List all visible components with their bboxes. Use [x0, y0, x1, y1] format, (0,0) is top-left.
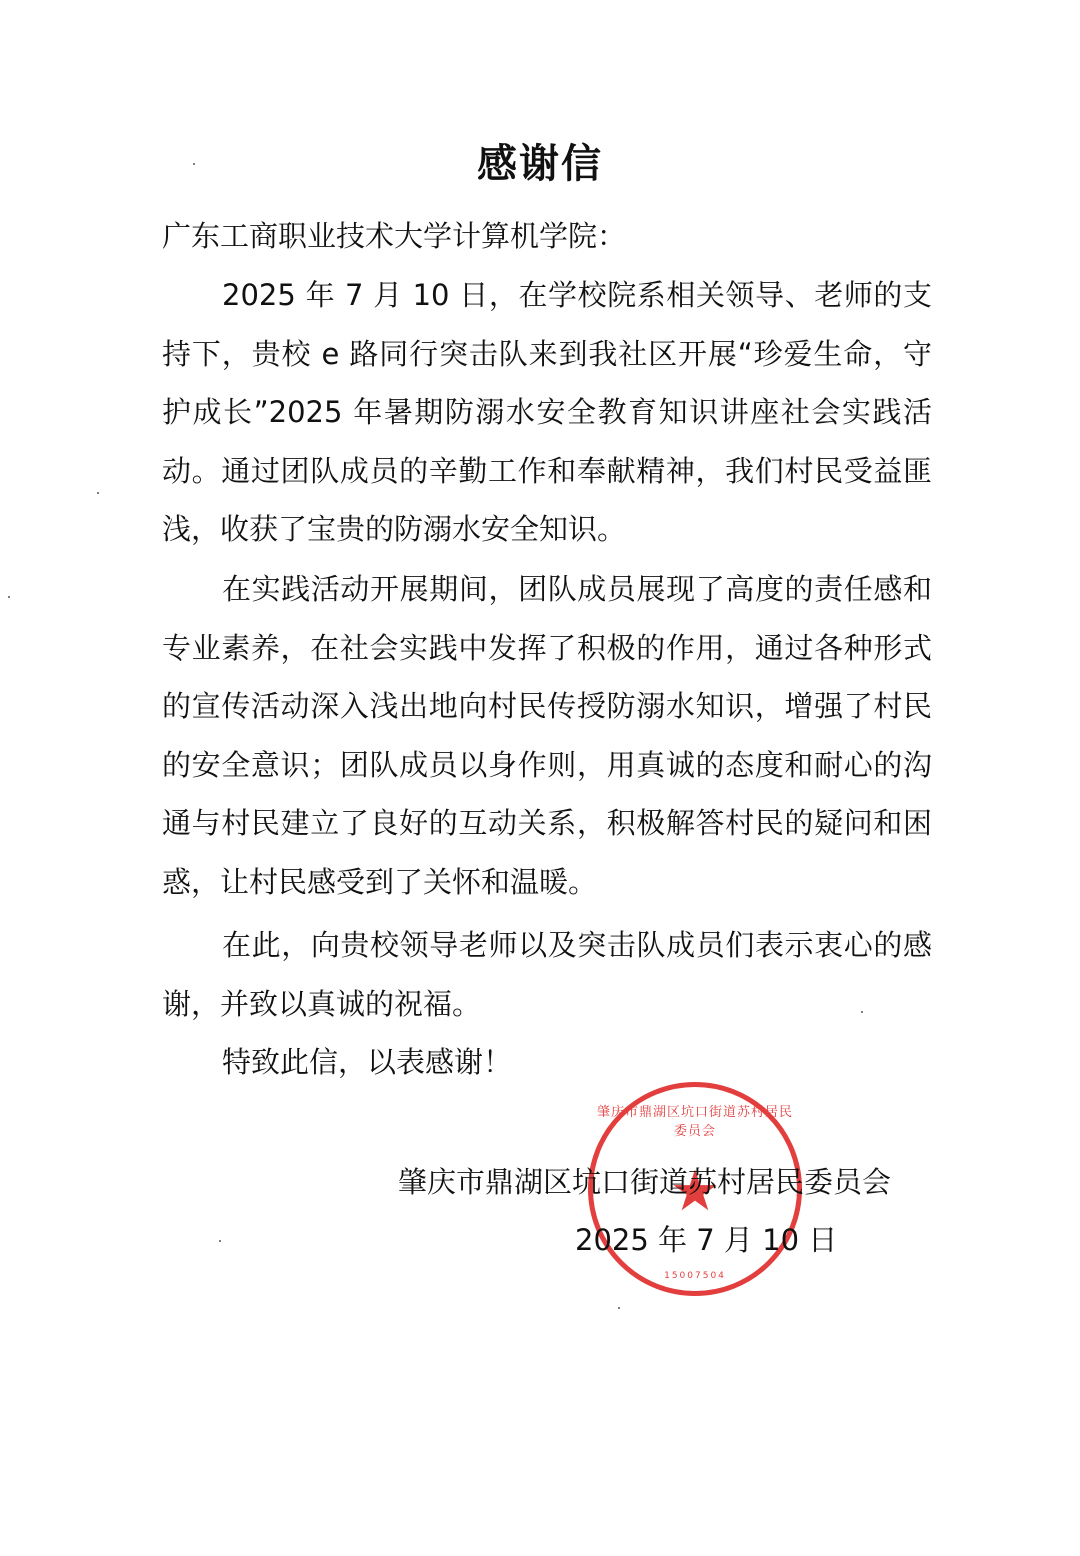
salutation: 广东工商职业技术大学计算机学院：	[162, 214, 626, 255]
scan-speck	[8, 596, 10, 598]
signature-date: 2025 年 7 月 10 日	[575, 1218, 837, 1259]
signature-organization: 肇庆市鼎湖区坑口街道苏村居民委员会	[398, 1160, 891, 1201]
paragraph-1: 2025 年 7 月 10 日，在学校院系相关领导、老师的支持下，贵校 e 路同…	[162, 266, 932, 559]
scan-speck	[97, 492, 99, 494]
scan-speck	[618, 1307, 620, 1309]
scan-speck	[861, 1011, 863, 1013]
paragraph-2: 在实践活动开展期间，团队成员展现了高度的责任感和专业素养，在社会实践中发挥了积极…	[162, 560, 932, 911]
letter-title: 感谢信	[0, 132, 1080, 189]
scan-speck	[219, 1240, 221, 1242]
scan-speck	[193, 163, 195, 165]
seal-text: 肇庆市鼎湖区坑口街道苏村居民委员会	[593, 1101, 797, 1139]
seal-code: 15007504	[593, 1271, 797, 1281]
paragraph-3: 在此，向贵校领导老师以及突击队成员们表示衷心的感谢，并致以真诚的祝福。	[162, 916, 932, 1033]
paragraph-4: 特致此信，以表感谢！	[162, 1033, 932, 1092]
